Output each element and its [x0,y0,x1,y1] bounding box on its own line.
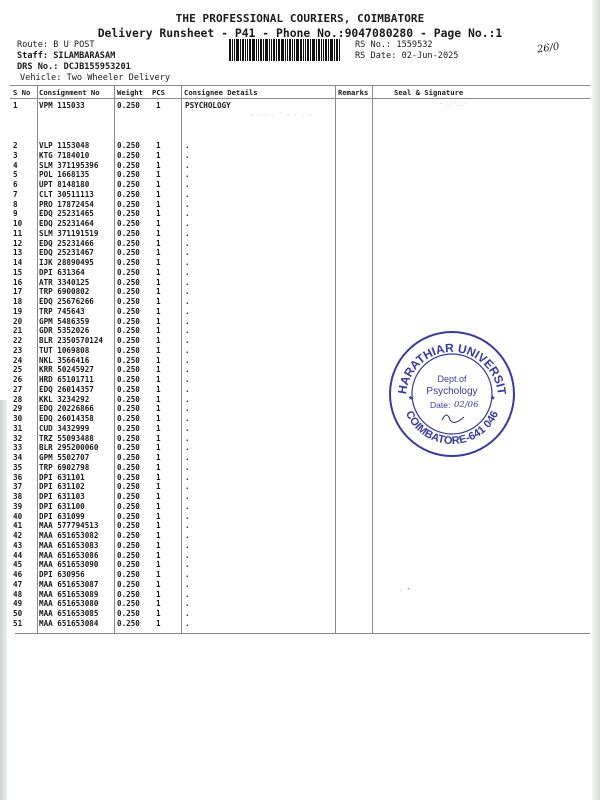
row-weight: 0.250 [117,258,140,268]
row-consignee: . [185,190,190,200]
row-consignee: . [185,590,190,600]
header-pcs: PCS [152,88,165,97]
row-weight: 0.250 [117,473,140,483]
barcode-bar [276,39,277,61]
row-weight: 0.250 [117,590,140,600]
barcode-bar [269,39,270,61]
row-weight: 0.250 [117,560,140,570]
row-consignment-no: NKL 3566416 [39,356,89,366]
row-consignee: . [185,356,190,366]
row-sno: 17 [13,287,22,297]
row-consignee: PSYCHOLOGY [185,101,231,111]
row-consignee: . [185,463,190,473]
row-pcs: 1 [156,453,161,463]
barcode-bar [281,39,284,61]
row-consignee: . [185,336,190,346]
route-label: Route: B U POST [17,40,95,50]
stamp-star-left-icon: ★ [408,393,414,403]
row-sno: 15 [13,268,22,278]
row-consignee: . [185,492,190,502]
row-weight: 0.250 [117,541,140,551]
row-consignee: . [185,551,190,561]
row-weight: 0.250 [117,101,140,111]
row-consignee: . [185,258,190,268]
barcode-bar [325,39,327,61]
row-weight: 0.250 [117,424,140,434]
stamp-dept: Dept.of [437,374,467,384]
row-consignment-no: SLM 371195396 [39,161,98,171]
row-weight: 0.250 [117,200,140,210]
row-pcs: 1 [156,326,161,336]
barcode-bar [316,39,317,61]
row-weight: 0.250 [117,375,140,385]
row-weight: 0.250 [117,346,140,356]
row-weight: 0.250 [117,170,140,180]
runsheet-subtitle: Delivery Runsheet - P41 - Phone No.:9047… [0,26,600,40]
row-consignee: . [185,170,190,180]
row-weight: 0.250 [117,239,140,249]
row-sno: 24 [13,356,22,366]
row-sno: 48 [13,590,22,600]
row-pcs: 1 [156,492,161,502]
row-pcs: 1 [156,551,161,561]
barcode-bar [245,39,246,61]
row-weight: 0.250 [117,229,140,239]
row-sno: 13 [13,248,22,258]
barcode-bar [236,39,239,61]
row-pcs: 1 [156,307,161,317]
row-consignee: . [185,161,190,171]
row-pcs: 1 [156,141,161,151]
row-weight: 0.250 [117,365,140,375]
row-sno: 5 [13,170,18,180]
row-pcs: 1 [156,219,161,229]
row-pcs: 1 [156,239,161,249]
row-sno: 28 [13,395,22,405]
row-weight: 0.250 [117,521,140,531]
row-sno: 27 [13,385,22,395]
signature-scribble: ⸱⸱⸪⸫⸱⸪⸫⸱ [440,100,466,108]
row-weight: 0.250 [117,580,140,590]
row-sno: 20 [13,317,22,327]
row-weight: 0.250 [117,219,140,229]
row-pcs: 1 [156,161,161,171]
row-consignment-no: GPM 5502707 [39,453,89,463]
row-weight: 0.250 [117,287,140,297]
row-consignee: . [185,297,190,307]
row-weight: 0.250 [117,453,140,463]
row-sno: 2 [13,141,18,151]
row-consignment-no: KTG 7184010 [39,151,89,161]
row-pcs: 1 [156,170,161,180]
row-consignee: . [185,560,190,570]
row-sno: 35 [13,463,22,473]
row-pcs: 1 [156,521,161,531]
barcode-bar [260,39,262,61]
row-pcs: 1 [156,404,161,414]
row-consignment-no: KRR 50245927 [39,365,94,375]
row-weight: 0.250 [117,307,140,317]
row-consignment-no: EDQ 25676266 [39,297,94,307]
row-sno: 40 [13,512,22,522]
row-consignee: . [185,200,190,210]
row-consignee: . [185,473,190,483]
row-sno: 42 [13,531,22,541]
row-weight: 0.250 [117,502,140,512]
row-consignment-no: TRP 6900802 [39,287,89,297]
row-consignment-no: MAA 651653084 [39,619,98,629]
company-title: THE PROFESSIONAL COURIERS, COIMBATORE [0,12,600,25]
row-consignee: . [185,599,190,609]
header-remarks: Remarks [338,88,368,97]
row-pcs: 1 [156,512,161,522]
row-weight: 0.250 [117,404,140,414]
row-consignment-no: BLR 295200060 [39,443,98,453]
barcode-bar [307,39,309,61]
barcode-bar [292,39,293,61]
row-sno: 30 [13,414,22,424]
row-consignee: . [185,531,190,541]
barcode-bar [271,39,272,61]
barcode-bar [305,39,306,61]
row-consignee: . [185,580,190,590]
row-pcs: 1 [156,473,161,483]
row-consignment-no: DPI 630956 [39,570,85,580]
row-weight: 0.250 [117,356,140,366]
row-sno: 34 [13,453,22,463]
row-sno: 47 [13,580,22,590]
row-consignment-no: DPI 631364 [39,268,85,278]
row-sno: 32 [13,434,22,444]
barcode-bar [247,39,248,61]
row-weight: 0.250 [117,209,140,219]
row-consignee: . [185,502,190,512]
row-pcs: 1 [156,151,161,161]
row-consignee: . [185,180,190,190]
row-sno: 7 [13,190,18,200]
row-pcs: 1 [156,365,161,375]
barcode-bar [334,39,335,61]
row-sno: 50 [13,609,22,619]
barcode-bar [256,39,257,61]
barcode-bar [252,39,255,61]
row-sno: 23 [13,346,22,356]
table-header-border [10,98,590,99]
row-weight: 0.250 [117,551,140,561]
row-pcs: 1 [156,287,161,297]
row-pcs: 1 [156,590,161,600]
row-pcs: 1 [156,101,161,111]
col-divider-pcs [181,86,182,633]
row-consignment-no: CUD 3432999 [39,424,89,434]
row-weight: 0.250 [117,336,140,346]
scan-edge-right [592,0,600,800]
row-sno: 43 [13,541,22,551]
row-sno: 16 [13,278,22,288]
row-weight: 0.250 [117,492,140,502]
row-consignee: . [185,375,190,385]
row-consignee: . [185,570,190,580]
barcode [229,39,344,61]
staff-label: Staff: SILAMBARASAM [17,51,115,61]
row-sno: 6 [13,180,18,190]
barcode-bar [265,39,268,61]
col-divider-consignment [114,86,115,633]
row-consignment-no: EDQ 25231465 [39,209,94,219]
row-weight: 0.250 [117,278,140,288]
row-consignee: . [185,443,190,453]
col-divider-consignee [335,86,336,633]
row-sno: 31 [13,424,22,434]
row-pcs: 1 [156,599,161,609]
col-divider-remarks [372,86,373,633]
barcode-bar [234,39,235,61]
row-pcs: 1 [156,434,161,444]
row-sno: 29 [13,404,22,414]
row-weight: 0.250 [117,161,140,171]
row-consignment-no: DPI 631101 [39,473,85,483]
barcode-bar [321,39,322,61]
row-pcs: 1 [156,482,161,492]
row-consignee: . [185,521,190,531]
row-sno: 36 [13,473,22,483]
scan-noise: · · · · ˙ · · · · [250,112,311,119]
barcode-bar [328,39,329,61]
row-pcs: 1 [156,278,161,288]
row-pcs: 1 [156,209,161,219]
row-weight: 0.250 [117,385,140,395]
barcode-bar [263,39,264,61]
row-consignee: . [185,453,190,463]
row-pcs: 1 [156,385,161,395]
row-weight: 0.250 [117,434,140,444]
row-consignment-no: TRZ 55093488 [39,434,94,444]
row-consignment-no: EDQ 25231464 [39,219,94,229]
barcode-bar [336,39,338,61]
barcode-bar [240,39,241,61]
row-sno: 49 [13,599,22,609]
drs-number: DRS No.: DCJB155953201 [17,62,131,72]
row-weight: 0.250 [117,570,140,580]
row-consignee: . [185,619,190,629]
row-consignment-no: CLT 30511113 [39,190,94,200]
row-consignee: . [185,287,190,297]
row-sno: 11 [13,229,22,239]
barcode-bar [312,39,315,61]
row-consignee: . [185,395,190,405]
row-pcs: 1 [156,258,161,268]
row-pcs: 1 [156,609,161,619]
row-sno: 18 [13,297,22,307]
row-pcs: 1 [156,580,161,590]
row-consignee: . [185,248,190,258]
header-weight: Weight [117,88,143,97]
row-consignment-no: HRD 65101711 [39,375,94,385]
header-consignment-no: Consignment No [39,88,100,97]
row-consignee: . [185,385,190,395]
row-consignment-no: SLM 371191519 [39,229,98,239]
row-sno: 1 [13,101,18,111]
rs-number: RS No.: 1559532 [355,40,433,50]
barcode-bar [249,39,251,61]
row-sno: 37 [13,482,22,492]
col-divider-sno [37,86,38,633]
row-consignment-no: GDR 5352026 [39,326,89,336]
barcode-bar [296,39,299,61]
table-bottom-border [15,633,590,634]
row-consignee: . [185,268,190,278]
header-consignee-details: Consignee Details [184,88,258,97]
row-sno: 25 [13,365,22,375]
row-consignee: . [185,326,190,336]
row-pcs: 1 [156,531,161,541]
row-consignee: . [185,141,190,151]
row-consignment-no: MAA 651653089 [39,590,98,600]
row-consignment-no: MAA 651653080 [39,599,98,609]
row-sno: 8 [13,200,18,210]
row-consignment-no: MAA 651653085 [39,609,98,619]
row-consignment-no: EDQ 20226866 [39,404,94,414]
row-sno: 14 [13,258,22,268]
barcode-bar [287,39,288,61]
barcode-bar [229,39,231,61]
stray-mark: ⸝ • [400,585,410,593]
barcode-bar [278,39,280,61]
row-sno: 39 [13,502,22,512]
row-sno: 33 [13,443,22,453]
stamp-date-label: Date: [430,400,450,410]
row-weight: 0.250 [117,443,140,453]
header-sno: S No [13,88,30,97]
row-consignee: . [185,512,190,522]
row-consignee: . [185,278,190,288]
row-pcs: 1 [156,229,161,239]
barcode-bar [242,39,244,61]
row-weight: 0.250 [117,190,140,200]
row-pcs: 1 [156,443,161,453]
row-consignment-no: TRP 745643 [39,307,85,317]
row-pcs: 1 [156,268,161,278]
barcode-bar [300,39,302,61]
row-pcs: 1 [156,297,161,307]
row-sno: 9 [13,209,18,219]
row-pcs: 1 [156,200,161,210]
row-consignment-no: TRP 6902798 [39,463,89,473]
row-consignee: . [185,482,190,492]
row-sno: 22 [13,336,22,346]
row-weight: 0.250 [117,619,140,629]
barcode-bar [294,39,295,61]
row-weight: 0.250 [117,531,140,541]
row-weight: 0.250 [117,512,140,522]
table-top-border [10,85,590,86]
row-consignment-no: IJK 28890495 [39,258,94,268]
row-pcs: 1 [156,560,161,570]
barcode-bar [339,39,340,61]
row-pcs: 1 [156,414,161,424]
row-pcs: 1 [156,190,161,200]
barcode-bar [318,39,320,61]
row-sno: 12 [13,239,22,249]
row-consignee: . [185,229,190,239]
row-pcs: 1 [156,541,161,551]
row-sno: 3 [13,151,18,161]
row-pcs: 1 [156,317,161,327]
row-consignee: . [185,424,190,434]
row-weight: 0.250 [117,248,140,258]
row-consignee: . [185,151,190,161]
barcode-bar [289,39,291,61]
row-consignment-no: PRO 17872454 [39,200,94,210]
row-consignment-no: MAA 651653083 [39,541,98,551]
row-consignee: . [185,219,190,229]
row-consignment-no: VLP 1153048 [39,141,89,151]
row-consignment-no: POL 1668135 [39,170,89,180]
row-consignee: . [185,609,190,619]
stamp-psychology: Psychology [426,386,477,397]
row-consignee: . [185,365,190,375]
row-consignment-no: KKL 3234292 [39,395,89,405]
row-consignee: . [185,404,190,414]
row-pcs: 1 [156,180,161,190]
row-consignment-no: MAA 651653087 [39,580,98,590]
row-consignment-no: DPI 631099 [39,512,85,522]
row-consignment-no: EDQ 25231466 [39,239,94,249]
row-consignment-no: MAA 651653090 [39,560,98,570]
row-pcs: 1 [156,336,161,346]
row-pcs: 1 [156,502,161,512]
header-seal-signature: Seal & Signature [394,88,463,97]
row-consignment-no: DPI 631103 [39,492,85,502]
row-weight: 0.250 [117,317,140,327]
row-pcs: 1 [156,424,161,434]
row-consignment-no: GPM 5486359 [39,317,89,327]
handwritten-count: 26/0 [536,41,560,55]
row-consignee: . [185,434,190,444]
row-sno: 38 [13,492,22,502]
row-consignee: . [185,239,190,249]
row-weight: 0.250 [117,395,140,405]
row-consignment-no: EDQ 25231467 [39,248,94,258]
row-weight: 0.250 [117,141,140,151]
row-sno: 44 [13,551,22,561]
row-weight: 0.250 [117,180,140,190]
row-weight: 0.250 [117,482,140,492]
row-consignee: . [185,209,190,219]
row-sno: 21 [13,326,22,336]
row-consignment-no: TUT 1069808 [39,346,89,356]
row-consignment-no: VPM 115033 [39,101,85,111]
row-consignment-no: UPT 8148180 [39,180,89,190]
row-pcs: 1 [156,356,161,366]
row-consignee: . [185,414,190,424]
stamp-star-right-icon: ★ [490,393,496,403]
row-sno: 46 [13,570,22,580]
row-consignee: . [185,317,190,327]
row-sno: 51 [13,619,22,629]
scan-edge-left [0,400,7,800]
signature-icon [442,415,464,422]
row-weight: 0.250 [117,268,140,278]
row-pcs: 1 [156,395,161,405]
row-consignment-no: MAA 651653082 [39,531,98,541]
row-sno: 26 [13,375,22,385]
barcode-bar [285,39,286,61]
row-consignment-no: ATR 3340125 [39,278,89,288]
row-weight: 0.250 [117,326,140,336]
barcode-bar [258,39,259,61]
row-consignment-no: MAA 577794513 [39,521,98,531]
